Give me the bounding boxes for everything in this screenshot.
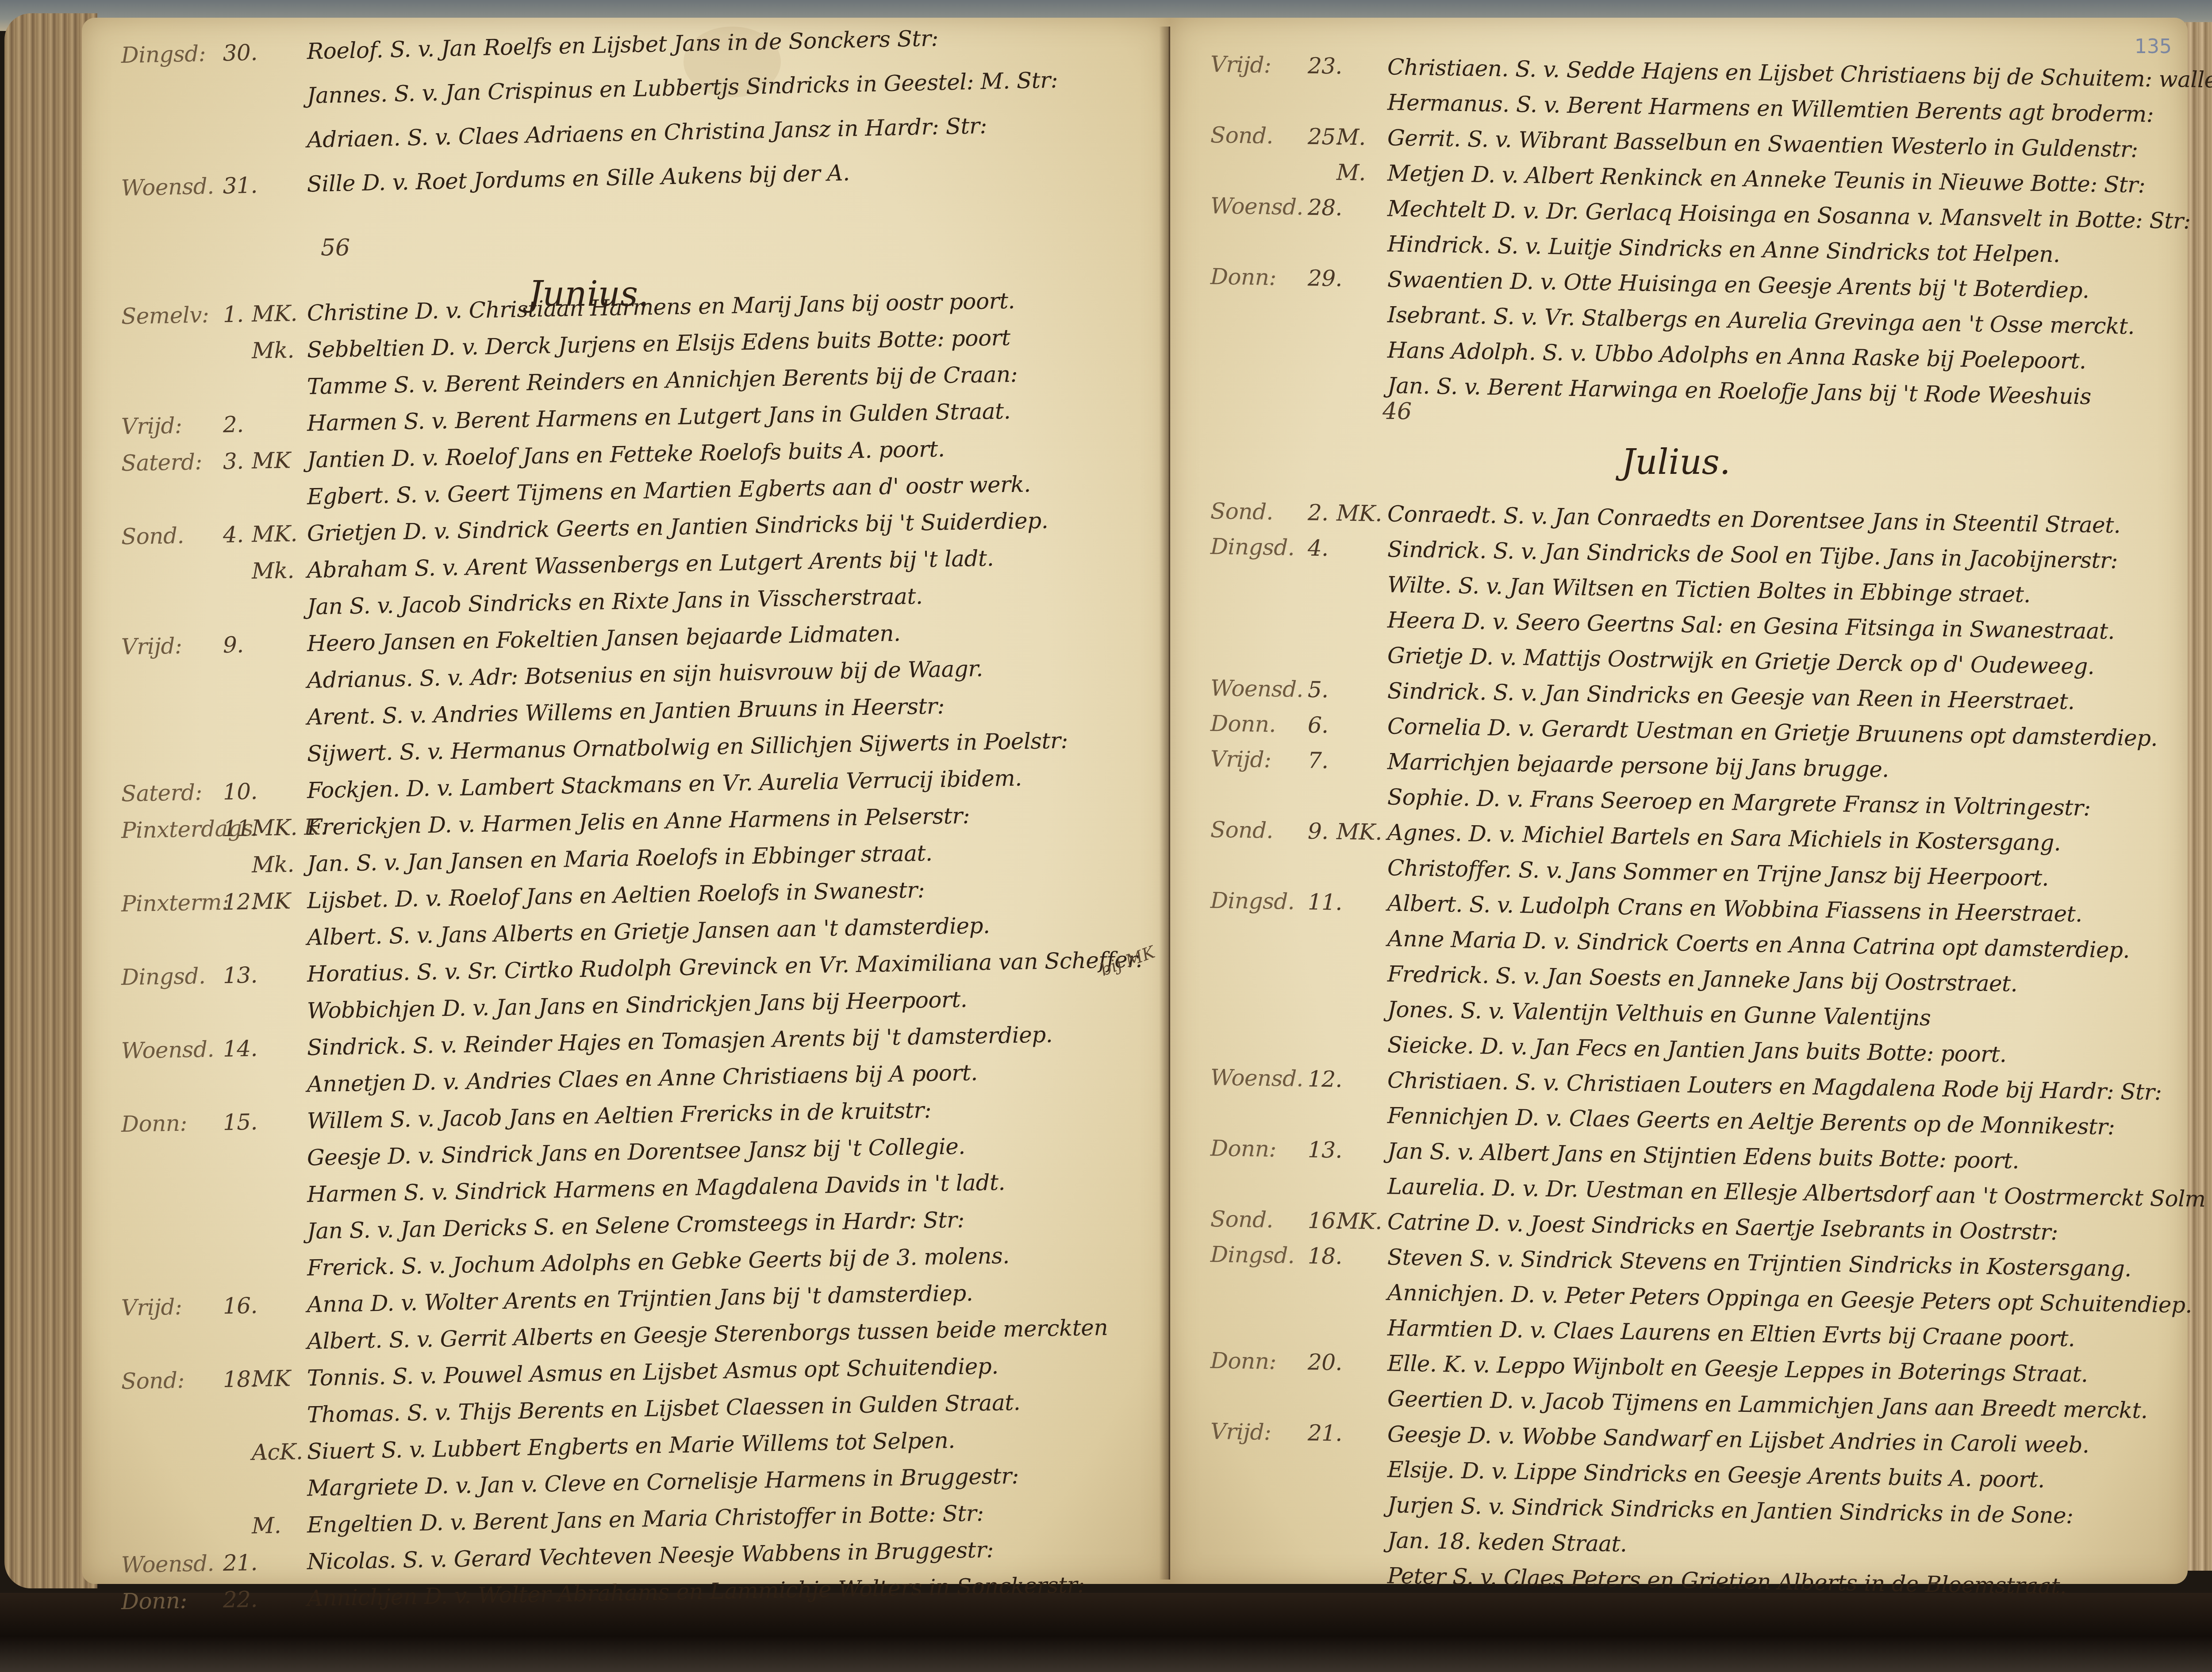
entry-date: 2. (1308, 501, 1329, 524)
entry-day: Vrijd: (1210, 748, 1271, 771)
entry-day: Woensd. (1210, 1066, 1304, 1090)
entry-day: Vrijd: (1210, 53, 1271, 76)
entry-day: Woensd. (121, 175, 214, 199)
entry-text: Frerickjen D. v. Harmen Jelis en Anne Ha… (307, 805, 970, 838)
entry-date: 9. (223, 634, 244, 656)
entry-text: Anna D. v. Wolter Arents en Trijntien Ja… (307, 1282, 973, 1315)
entry-text: Heero Jansen en Fokeltien Jansen bejaard… (307, 622, 900, 654)
entry-date: 11. (1308, 891, 1343, 913)
entry-date: 23. (1308, 54, 1343, 77)
entry-date: 13. (223, 964, 257, 987)
entry-text: Sophie. D. v. Frans Seeroep en Margrete … (1387, 786, 2091, 819)
entry-text: Peter S. v. Claes Peters en Grietien Alb… (1387, 1564, 2067, 1597)
entry-day: Sond. (1210, 819, 1274, 842)
entry-date: 5. (1308, 678, 1329, 701)
entry-text: Willem S. v. Jacob Jans en Aeltien Freri… (307, 1099, 931, 1132)
entry-text: Anne Maria D. v. Sindrick Coerts en Anna… (1387, 927, 2130, 961)
entry-text: Fredrick. S. v. Jan Soests en Janneke Ja… (1387, 963, 2018, 995)
entry-mark: AcK. (251, 1441, 303, 1464)
entry-mark: M. (1336, 161, 1366, 184)
entry-date: 2. (223, 413, 244, 436)
entry-day: Vrijd: (121, 415, 182, 438)
entry-text: Heera D. v. Seero Geertns Sal: en Gesina… (1387, 609, 2115, 642)
entry-mark: Mk. (251, 853, 294, 876)
entry-text: Arent. S. v. Andries Willems en Jantien … (307, 695, 945, 728)
entry-date: 6. (1308, 714, 1329, 736)
entry-text: Jan S. v. Albert Jans en Stijntien Edens… (1387, 1140, 2020, 1172)
entry-date: 14. (223, 1038, 257, 1060)
entry-date: 13. (1308, 1138, 1343, 1161)
entry-date: 22. (223, 1588, 257, 1611)
entry-text: Marrichjen bejaarde persone bij Jans bru… (1387, 750, 1889, 780)
entry-mark: MK (251, 1367, 290, 1390)
entry-text: Christiaen. S. v. Sedde Hajens en Lijsbe… (1387, 56, 2212, 91)
entry-mark: Mk. (251, 559, 294, 582)
entry-day: Sond. (1210, 124, 1274, 147)
entry-day: Saterd: (121, 451, 202, 474)
entry-text: Wobbichjen D. v. Jan Jans en Sindrickjen… (307, 988, 967, 1022)
entry-text: Roelof. S. v. Jan Roelfs en Lijsbet Jans… (307, 27, 938, 62)
entry-day: Sond: (121, 1369, 184, 1392)
folio-number: 135 (2135, 35, 2172, 58)
entry-text: Christoffer. S. v. Jans Sommer en Trijne… (1387, 857, 2049, 889)
entry-text: Harmtien D. v. Claes Laurens en Eltien E… (1387, 1317, 2075, 1349)
entry-text: Geesje D. v. Wobbe Sandwarf en Lijsbet A… (1387, 1423, 2089, 1456)
entry-mark: Mk. (251, 339, 294, 362)
entry-day: Dingsd. (121, 965, 205, 988)
entry-date: 29. (1308, 267, 1343, 289)
entry-mark: MK. (1336, 502, 1382, 525)
entry-text: Jurjen S. v. Sindrick Sindricks en Janti… (1387, 1494, 2074, 1526)
entry-text: Conraedt. S. v. Jan Conraedts en Dorents… (1387, 503, 2121, 536)
entry-day: Sond. (121, 525, 184, 548)
entry-text: Jantien D. v. Roelof Jans en Fetteke Roe… (307, 438, 945, 471)
entry-mark: MK. (251, 302, 297, 325)
entry-date: 20. (1308, 1351, 1343, 1373)
entry-date: 16. (223, 1295, 257, 1317)
entry-text: Jan S. v. Jan Dericks S. en Selene Croms… (307, 1209, 964, 1242)
entry-day: Pinxterm: (121, 891, 229, 915)
entry-date: 3. (223, 450, 244, 473)
entry-day: Sond. (1210, 500, 1274, 523)
entry-day: Dingsd: (121, 42, 206, 66)
entry-text: Jan. S. v. Jan Jansen en Maria Roelofs i… (307, 842, 932, 875)
entry-date: 4. (223, 523, 244, 546)
entry-day: Donn: (1210, 1349, 1277, 1372)
entry-date: 21. (223, 1552, 257, 1574)
entry-day: Semelv: (121, 304, 209, 327)
entry-text: Albert. S. v. Ludolph Crans en Wobbina F… (1387, 892, 2082, 925)
entry-day: Dingsd. (1210, 1243, 1295, 1267)
entry-text: Jan. S. v. Berent Harwinga en Roelofje J… (1387, 374, 2092, 407)
entry-text: Hans Adolph. S. v. Ubbo Adolphs en Anna … (1387, 339, 2086, 372)
entry-date: 4. (1308, 537, 1329, 559)
entry-date: 9. (1308, 820, 1329, 842)
entry-date: 15. (223, 1111, 257, 1134)
left-page: Dingsd:30.Roelof. S. v. Jan Roelfs en Li… (82, 18, 1170, 1584)
entry-text: Swaentien D. v. Otte Huisinga en Geesje … (1387, 268, 2089, 301)
entry-text: Agnes. D. v. Michiel Bartels en Sara Mic… (1387, 821, 2061, 854)
left-carryover-count: 56 (321, 234, 350, 261)
entry-date: 18. (1308, 1245, 1343, 1267)
entry-day: Dingsd. (1210, 889, 1295, 913)
month-heading-julius: Julius. (1621, 442, 1730, 482)
entry-text: Christine D. v. Christiaan Harmens en Ma… (307, 290, 1015, 324)
entry-day: Donn: (121, 1589, 187, 1613)
entry-day: Vrijd: (121, 635, 182, 658)
entry-text: Fennichjen D. v. Claes Geerts en Aeltje … (1387, 1104, 2115, 1138)
entry-mark: MK. (251, 523, 297, 546)
entry-mark: M. (251, 1514, 281, 1537)
entry-text: Sindrick. S. v. Jan Sindricks en Geesje … (1387, 680, 2075, 712)
entry-date: 1. (223, 303, 244, 326)
entry-text: Sindrick. S. v. Jan Sindricks de Sool en… (1387, 538, 2118, 572)
entry-text: Lijsbet. D. v. Roelof Jans en Aeltien Ro… (307, 879, 925, 911)
entry-mark: MK (251, 890, 290, 913)
entry-text: Sille D. v. Roet Jordums en Sille Aukens… (307, 162, 850, 196)
entry-day: Dingsd. (1210, 535, 1295, 559)
entry-day: Sond. (1210, 1208, 1274, 1231)
entry-text: Wilte. S. v. Jan Wiltsen en Tictien Bolt… (1387, 573, 2031, 606)
entry-date: 21. (1308, 1422, 1343, 1444)
entry-day: Donn: (1210, 1137, 1277, 1160)
entry-text: Jan S. v. Jacob Sindricks en Rixte Jans … (307, 585, 922, 618)
entry-text: Catrine D. v. Joest Sindricks en Saertje… (1387, 1211, 2058, 1243)
entry-text: Grietje D. v. Mattijs Oostrwijk en Griet… (1387, 644, 2095, 677)
entry-date: 31. (223, 174, 257, 197)
entry-mark: M. (1336, 126, 1366, 148)
entry-day: Vrijd: (121, 1296, 182, 1319)
entry-text: Elsije. D. v. Lippe Sindricks en Geesje … (1387, 1458, 2045, 1491)
entry-date: 7. (1308, 749, 1329, 772)
entry-text: Jan. 18. keden Straat. (1387, 1529, 1627, 1555)
entry-day: Woensd. (1210, 677, 1304, 700)
right-carryover-count: 46 (1382, 398, 1412, 425)
entry-date: 28. (1308, 196, 1343, 219)
entry-text: Jones. S. v. Valentijn Velthuis en Gunne… (1387, 998, 1931, 1029)
entry-date: 10. (223, 780, 257, 803)
entry-text: Steven S. v. Sindrick Stevens en Trijnti… (1387, 1246, 2131, 1280)
entry-date: 12. (1308, 1068, 1343, 1090)
entry-day: Vrijd: (1210, 1420, 1271, 1443)
entry-text: Sieicke. D. v. Jan Fecs en Jantien Jans … (1387, 1034, 2007, 1065)
entry-day: Woensd. (1210, 195, 1304, 218)
entry-date: 30. (223, 42, 257, 65)
entry-text: Geesje D. v. Sindrick Jans en Dorentsee … (307, 1135, 965, 1169)
entry-text: Hindrick. S. v. Luitje Sindricks en Anne… (1387, 233, 2060, 265)
entry-text: Siuert S. v. Lubbert Engberts en Marie W… (307, 1429, 955, 1463)
entry-mark: MK. (1336, 1210, 1382, 1233)
open-book: Dingsd:30.Roelof. S. v. Jan Roelfs en Li… (0, 9, 2212, 1611)
entry-mark: MK (251, 449, 290, 472)
right-page: 135 Vrijd:23.Christiaen. S. v. Sedde Haj… (1170, 18, 2188, 1584)
entry-text: Elle. K. v. Leppo Wijnbolt en Geesje Lep… (1387, 1352, 2088, 1385)
entry-day: Woensd. (121, 1552, 214, 1576)
entry-mark: MK. (1336, 820, 1382, 843)
entry-day: Woensd. (121, 1038, 214, 1062)
entry-day: Donn: (1210, 265, 1277, 288)
entry-day: Saterd: (121, 781, 202, 805)
entry-day: Donn. (1210, 712, 1276, 735)
entry-day: Donn: (121, 1112, 187, 1135)
